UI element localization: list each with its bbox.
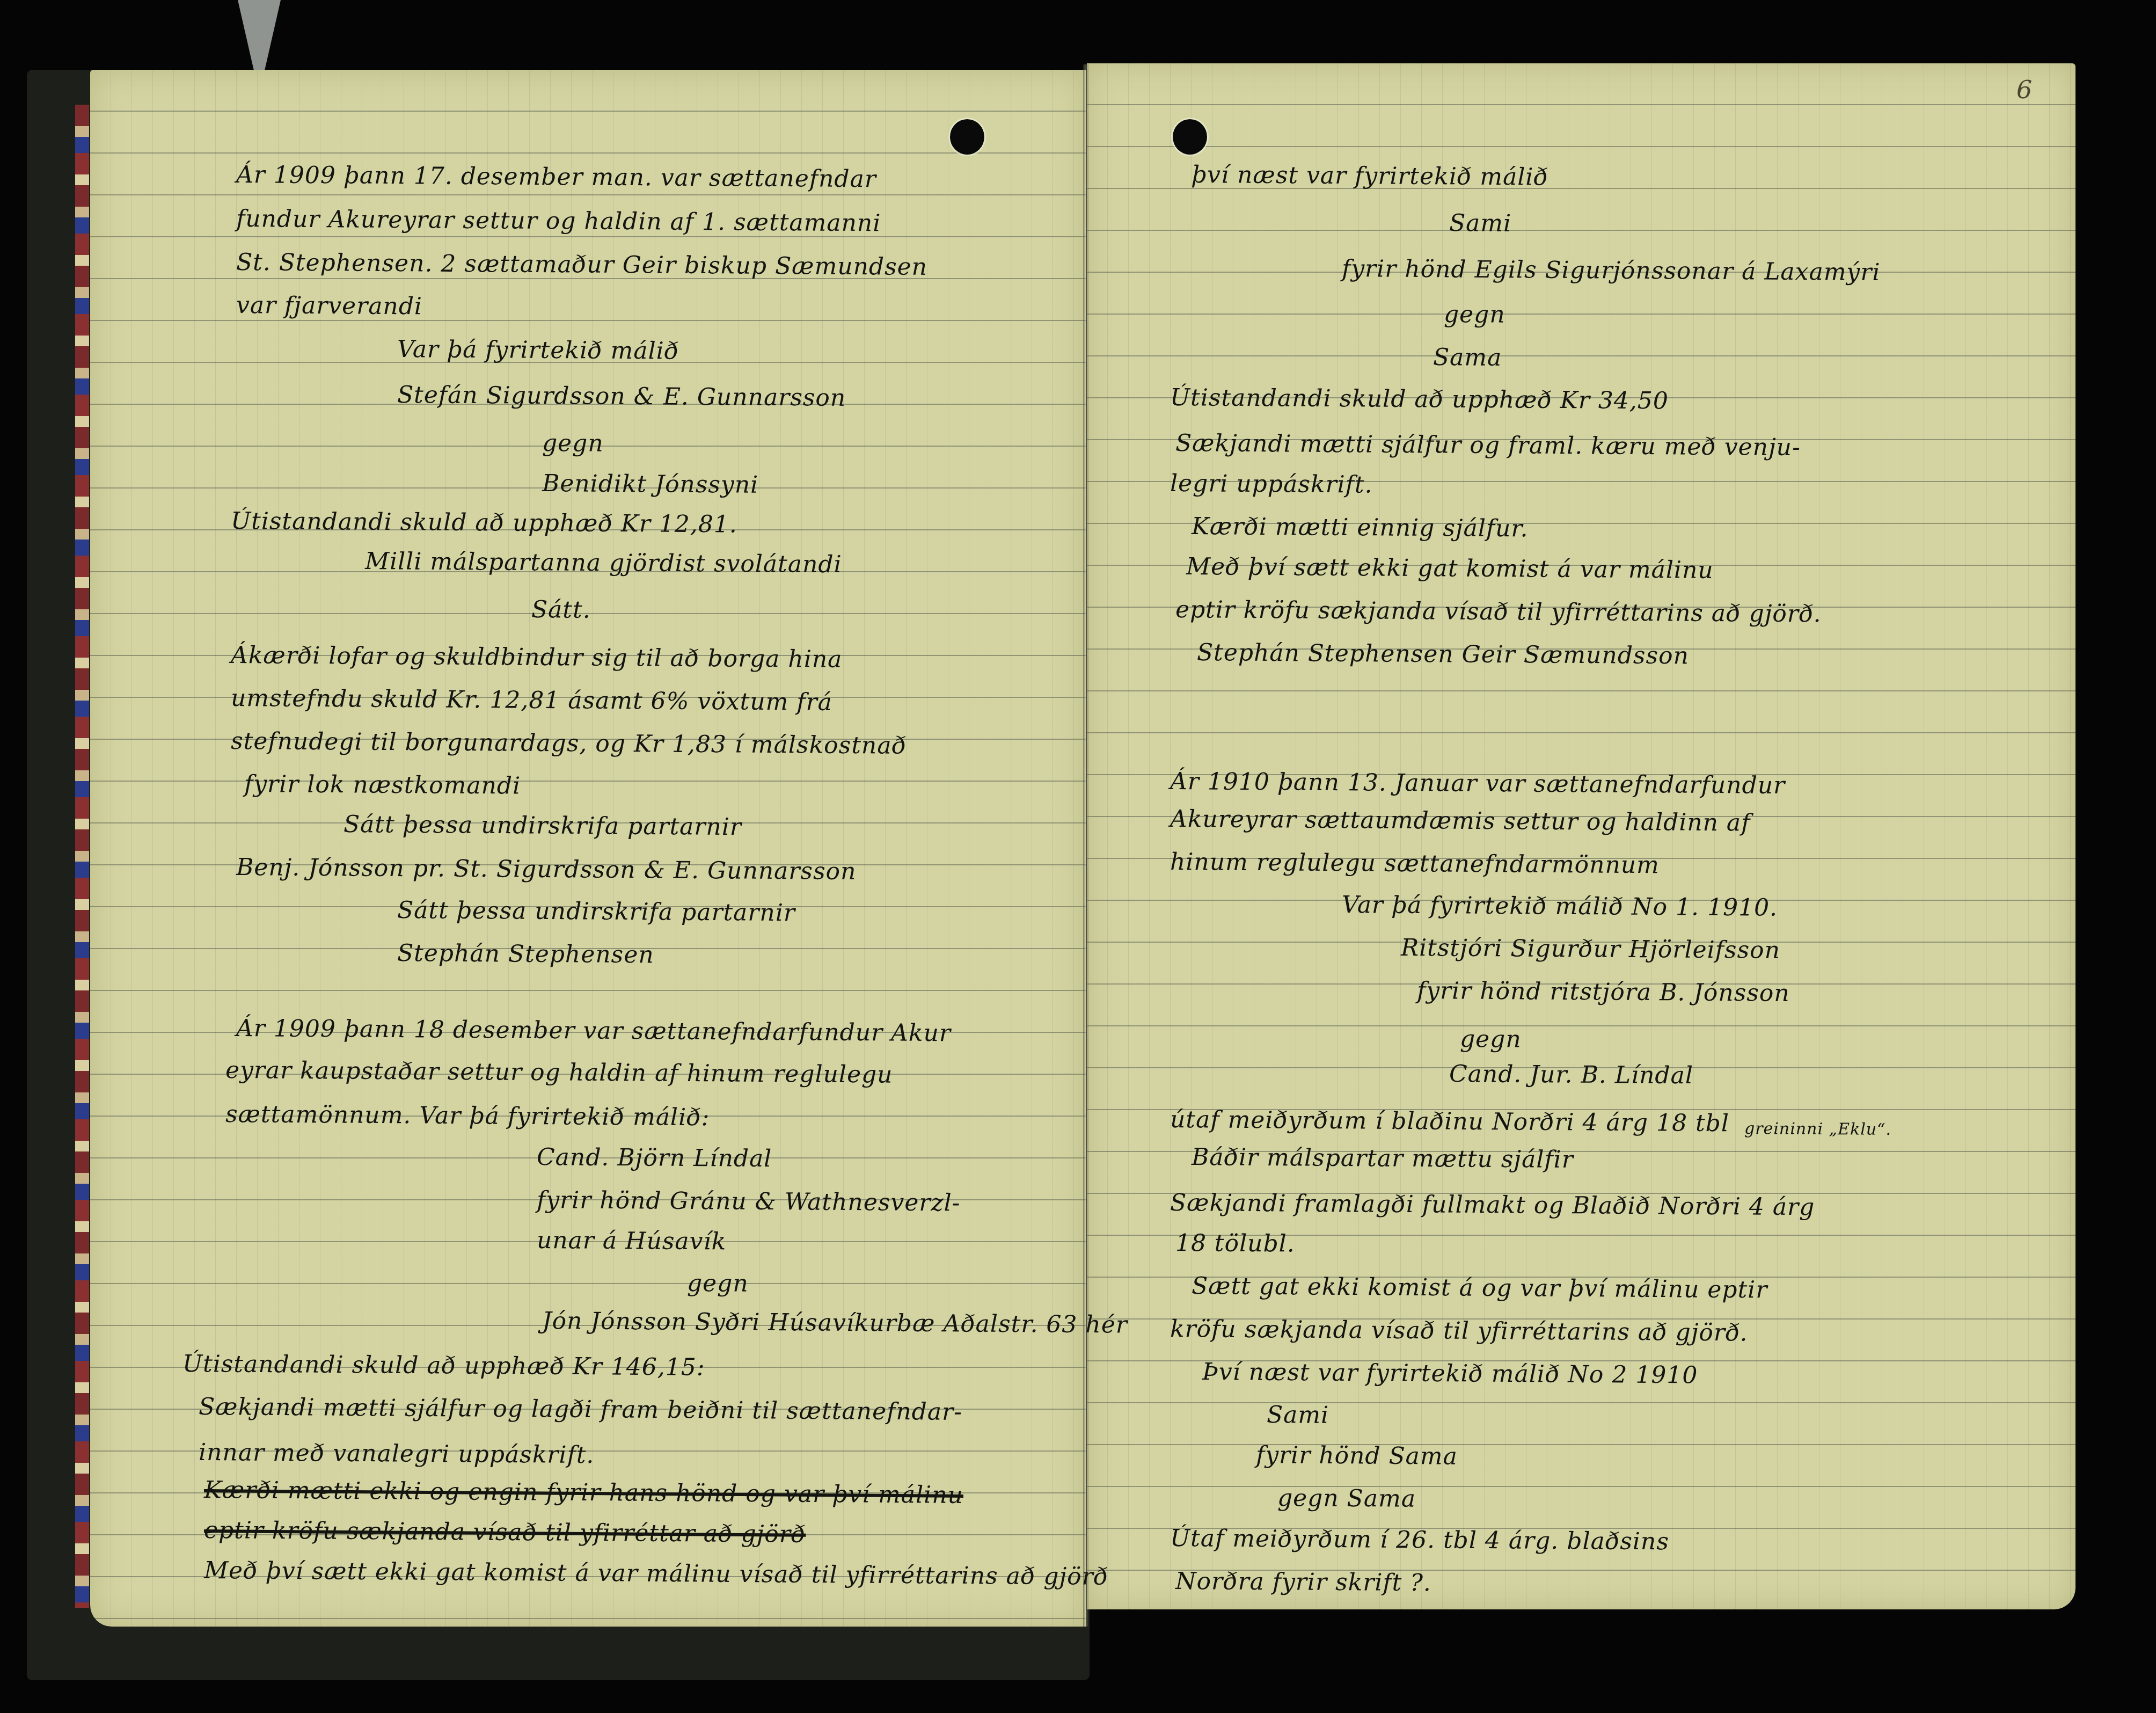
handwritten-line: hinum reglulegu sættanefndarmönnum xyxy=(1170,848,1660,879)
book-gutter xyxy=(1083,64,1088,1627)
handwritten-line: 18 tölubl. xyxy=(1175,1229,1295,1258)
handwritten-line: Sætt gat ekki komist á og var því málinu… xyxy=(1192,1272,1768,1303)
handwritten-line: Var þá fyrirtekið málið No 1. 1910. xyxy=(1342,891,1778,922)
handwritten-line: Ritstjóri Sigurður Hjörleifsson xyxy=(1401,934,1780,964)
handwritten-line: Ár 1909 þann 18 desember var sættanefnda… xyxy=(236,1015,951,1047)
handwritten-line: fyrir hönd Sama xyxy=(1256,1441,1458,1470)
handwritten-line: Ár 1909 þann 17. desember man. var sætta… xyxy=(236,161,876,193)
handwritten-line: kröfu sækjanda vísað til yfirréttarins a… xyxy=(1170,1315,1748,1347)
handwritten-line: unar á Húsavík xyxy=(537,1227,727,1255)
handwritten-line: Stefán Sigurdsson & E. Gunnarsson xyxy=(397,381,846,412)
handwritten-line: Norðra fyrir skrift ?. xyxy=(1175,1568,1431,1597)
handwritten-line: því næst var fyrirtekið málið xyxy=(1192,161,1548,191)
handwritten-line: Kærði mætti ekki og engin fyrir hans hön… xyxy=(204,1476,963,1509)
handwritten-line: sættamönnum. Var þá fyrirtekið málið: xyxy=(225,1100,710,1131)
handwritten-line: Ár 1910 þann 13. Januar var sættanefndar… xyxy=(1170,768,1785,799)
page-number: 6 xyxy=(2016,75,2032,104)
handwritten-line: Akureyrar sættaumdæmis settur og haldinn… xyxy=(1170,805,1751,837)
handwritten-line: eptir kröfu sækjanda vísað til yfirrétta… xyxy=(204,1517,806,1548)
handwritten-line: Báðir málspartar mættu sjálfir xyxy=(1192,1143,1574,1173)
handwritten-line: Sækjandi mætti sjálfur og lagði fram bei… xyxy=(199,1393,962,1426)
handwritten-line: Kærði mætti einnig sjálfur. xyxy=(1192,513,1529,542)
handwritten-line: Var þá fyrirtekið málið xyxy=(397,336,679,365)
handwritten-line: Sækjandi mætti sjálfur og framl. kæru me… xyxy=(1175,429,1801,461)
handwritten-line: Sami xyxy=(1449,209,1512,237)
handwritten-line: Benidikt Jónssyni xyxy=(542,470,759,499)
handwritten-line: Því næst var fyrirtekið málið No 2 1910 xyxy=(1202,1358,1698,1389)
handwritten-line: gegn xyxy=(542,429,604,457)
handwritten-line: Sátt þessa undirskrifa partarnir xyxy=(344,811,742,841)
handwritten-line: Cand. Jur. B. Líndal xyxy=(1449,1060,1693,1089)
handwritten-line: Sátt þessa undirskrifa partarnir xyxy=(397,896,795,927)
handwritten-line: Sátt. xyxy=(531,596,591,624)
handwritten-line: umstefndu skuld Kr. 12,81 ásamt 6% vöxtu… xyxy=(231,684,832,716)
handwritten-line: fyrir hönd Gránu & Wathnesverzl- xyxy=(537,1186,961,1217)
handwritten-line: Cand. Björn Líndal xyxy=(537,1143,772,1172)
handwritten-line: Sami xyxy=(1267,1401,1329,1429)
handwritten-line: Ákærði lofar og skuldbindur sig til að b… xyxy=(231,642,843,673)
handwritten-line: innar með vanalegri uppáskrift. xyxy=(199,1439,595,1469)
handwritten-line: gegn xyxy=(687,1270,749,1297)
handwritten-line: útaf meiðyrðum í blaðinu Norðri 4 árg 18… xyxy=(1170,1106,1729,1137)
handwritten-line: var fjarverandi xyxy=(236,291,422,320)
handwritten-line: greininni „Eklu“. xyxy=(1744,1119,1891,1139)
handwritten-line: Stephán Stephensen xyxy=(397,939,654,968)
handwritten-line: St. Stephensen. 2 sættamaður Geir biskup… xyxy=(236,249,927,281)
handwritten-line: Með því sætt ekki gat komist á var málin… xyxy=(1186,553,1714,584)
handwritten-line: Milli málspartanna gjördist svolátandi xyxy=(365,548,842,578)
handwritten-line: Útaf meiðyrðum í 26. tbl 4 árg. blaðsins xyxy=(1170,1525,1669,1555)
handwritten-line: eptir kröfu sækjanda vísað til yfirrétta… xyxy=(1175,596,1822,628)
handwritten-line: Sama xyxy=(1433,344,1502,371)
handwritten-line: Útistandandi skuld að upphæð Kr 146,15: xyxy=(182,1350,705,1381)
punch-hole-left xyxy=(950,119,984,155)
handwritten-line: legri uppáskrift. xyxy=(1170,470,1373,499)
handwritten-line: Útistandandi skuld að upphæð Kr 34,50 xyxy=(1170,384,1669,414)
handwritten-line: gegn xyxy=(1460,1025,1522,1053)
handwritten-line: gegn Sama xyxy=(1277,1484,1416,1513)
punch-hole-right xyxy=(1173,119,1207,155)
handwritten-line: fyrir hönd Egils Sigurjónssonar á Laxamý… xyxy=(1342,255,1881,286)
handwritten-line: eyrar kaupstaðar settur og haldin af hin… xyxy=(225,1056,893,1089)
handwritten-line: fundur Akureyrar settur og haldin af 1. … xyxy=(236,205,881,237)
handwritten-line: fyrir lok næstkomandi xyxy=(244,770,521,800)
handwritten-line: Stephán Stephensen Geir Sæmundsson xyxy=(1197,639,1689,669)
marbled-edge xyxy=(75,105,89,1608)
handwritten-line: Jón Jónsson Syðri Húsavíkurbæ Aðalstr. 6… xyxy=(542,1307,1128,1339)
handwritten-line: Benj. Jónsson pr. St. Sigurdsson & E. Gu… xyxy=(236,854,857,885)
handwritten-line: gegn xyxy=(1444,301,1505,329)
handwritten-line: Útistandandi skuld að upphæð Kr 12,81. xyxy=(231,507,737,538)
handwritten-line: fyrir hönd ritstjóra B. Jónsson xyxy=(1417,977,1790,1007)
handwritten-line: Sækjandi framlagði fullmakt og Blaðið No… xyxy=(1170,1189,1815,1221)
handwritten-line: stefnudegi til borgunardags, og Kr 1,83 … xyxy=(231,727,907,760)
